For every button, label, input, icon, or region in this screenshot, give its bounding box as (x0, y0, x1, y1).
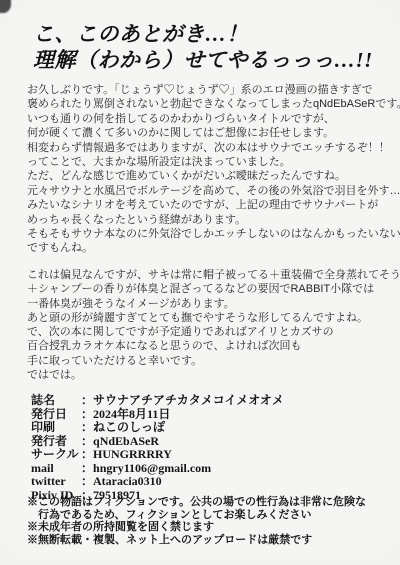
afterword-page: こ、このあとがき…！ 理解（わから）せてやるっっっ…!! お久しぶりです。「じょ… (0, 0, 400, 565)
colophon-value: ねこのしっぽ (93, 421, 165, 435)
colophon-label: 発行日 (31, 408, 81, 422)
colophon-value: qNdEbASeR (93, 435, 159, 449)
colophon-row-circle: サークル：HUNGRRRRY (31, 448, 284, 462)
colophon-value: Ataracia0310 (93, 475, 162, 489)
title-line-2: 理解（わから）せてやるっっっ…!! (33, 47, 373, 73)
colophon-row-publish-date: 発行日：2024年8月11日 (31, 408, 284, 422)
afterword-paragraph-1: お久しぶりです。「じょうず♡じょうず♡」系のエロ漫画の描きすぎで 褒められたり罵… (27, 83, 400, 256)
colophon-separator: ： (81, 394, 93, 408)
colophon-separator: ： (81, 408, 93, 422)
colophon-row-title: 誌名：サウナアチアチカタメコイメオオメ (31, 394, 284, 408)
colophon-label: 誌名 (31, 394, 81, 408)
colophon-value: 2024年8月11日 (93, 408, 170, 422)
colophon-separator: ： (81, 462, 93, 476)
colophon-separator: ： (81, 475, 93, 489)
colophon-value: HUNGRRRRY (93, 448, 172, 462)
notice-minors: ※未成年者の所持閲覧を固く禁じます (27, 521, 366, 534)
colophon-separator: ： (81, 435, 93, 449)
notice-fiction: ※この物語はフィクションです。公共の場での性行為は非常に危険な 行為であるため、… (27, 496, 366, 521)
colophon-label: 発行者 (31, 435, 81, 449)
colophon-label: サークル (31, 448, 81, 462)
colophon-row-twitter: twitter：Ataracia0310 (31, 475, 284, 489)
colophon-separator: ： (81, 448, 93, 462)
afterword-paragraph-2: これは偏見なんですが、サキは常に帽子被ってる＋重装備で全身蒸れてそう ＋シャンプ… (27, 268, 400, 382)
disclaimer-notices: ※この物語はフィクションです。公共の場での性行為は非常に危険な 行為であるため、… (27, 496, 366, 546)
colophon-row-printer: 印刷：ねこのしっぽ (31, 421, 284, 435)
colophon-label: twitter (31, 475, 81, 489)
scan-corner-artifact (0, 0, 11, 13)
title-line-1: こ、このあとがき…！ (33, 21, 373, 47)
colophon-row-publisher: 発行者：qNdEbASeR (31, 435, 284, 449)
colophon-value: サウナアチアチカタメコイメオオメ (93, 394, 284, 408)
colophon-separator: ： (81, 421, 93, 435)
colophon-label: mail (31, 462, 81, 476)
colophon-label: 印刷 (31, 421, 81, 435)
page-title: こ、このあとがき…！ 理解（わから）せてやるっっっ…!! (33, 21, 373, 73)
colophon: 誌名：サウナアチアチカタメコイメオオメ 発行日：2024年8月11日 印刷：ねこ… (31, 394, 284, 502)
colophon-value: hngry1106@gmail.com (93, 462, 211, 476)
colophon-row-mail: mail：hngry1106@gmail.com (31, 462, 284, 476)
notice-no-reupload: ※無断転載・複製、ネット上へのアップロードは厳禁です (27, 534, 366, 547)
